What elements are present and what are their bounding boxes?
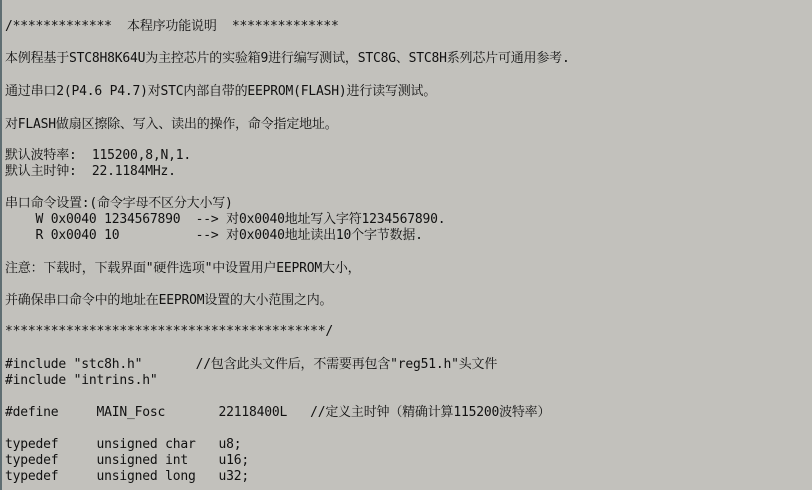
description-line: 通过串口2(P4.6 P4.7)对STC内部自带的EEPROM(FLASH)进行… [5, 84, 436, 100]
note-line: 并确保串口命令中的地址在EEPROM设置的大小范围之内。 [5, 293, 332, 309]
typedef-line: typedef unsigned int u16; [5, 453, 249, 469]
include-line: #include "stc8h.h" //包含此头文件后，不需要再包含"reg5… [5, 357, 497, 373]
comment-header-line: /************* 本程序功能说明 ************** [5, 19, 339, 35]
description-line: 本例程基于STC8H8K64U为主控芯片的实验箱9进行编写测试，STC8G、ST… [5, 51, 570, 67]
write-command-example: W 0x0040 1234567890 --> 对0x0040地址写入字符123… [5, 212, 445, 228]
baud-rate-line: 默认波特率: 115200,8,N,1. [5, 148, 191, 164]
typedef-line: typedef unsigned long u32; [5, 469, 249, 485]
main-clock-line: 默认主时钟: 22.1184MHz. [5, 164, 176, 180]
include-line: #include "intrins.h" [5, 373, 158, 389]
description-line: 对FLASH做扇区擦除、写入、读出的操作，命令指定地址。 [5, 117, 338, 133]
serial-command-heading: 串口命令设置:(命令字母不区分大小写) [5, 196, 233, 212]
note-line: 注意：下载时，下载界面"硬件选项"中设置用户EEPROM大小， [5, 261, 360, 277]
code-editor[interactable]: /************* 本程序功能说明 ************** 本例… [5, 0, 810, 490]
define-line: #define MAIN_Fosc 22118400L //定义主时钟（精确计算… [5, 405, 550, 421]
editor-left-border [0, 0, 2, 490]
comment-footer-line: ****************************************… [5, 324, 333, 340]
typedef-line: typedef unsigned char u8; [5, 437, 241, 453]
read-command-example: R 0x0040 10 --> 对0x0040地址读出10个字节数据. [5, 228, 423, 244]
